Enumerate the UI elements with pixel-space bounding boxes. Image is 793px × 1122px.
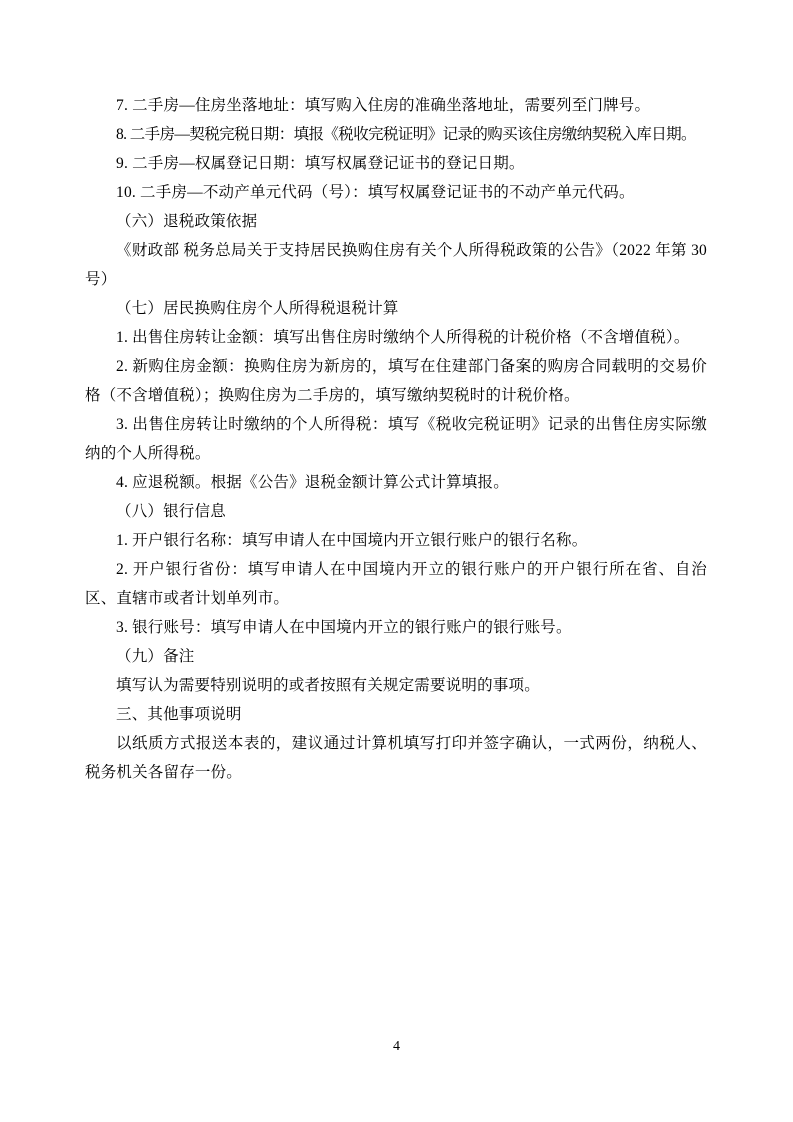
- doc-paragraph-income-tax-paid: 3. 出售住房转让时缴纳的个人所得税：填写《税收完税证明》记录的出售住房实际缴纳…: [85, 410, 707, 468]
- doc-paragraph-registration-date: 9. 二手房—权属登记日期：填写权属登记证书的登记日期。: [85, 149, 707, 178]
- page-number: 4: [0, 1038, 793, 1056]
- doc-paragraph-announcement-reference: 《财政部 税务总局关于支持居民换购住房有关个人所得税政策的公告》（2022 年第…: [85, 236, 707, 294]
- document-page: 7. 二手房—住房坐落地址：填写购入住房的准确坐落地址，需要列至门牌号。 8. …: [0, 0, 793, 1122]
- doc-paragraph-bank-account: 3. 银行账号：填写申请人在中国境内开立的银行账户的银行账号。: [85, 613, 707, 642]
- doc-paragraph-bank-name: 1. 开户银行名称：填写申请人在中国境内开立银行账户的银行名称。: [85, 526, 707, 555]
- doc-heading-section-7-refund-calculation: （七）居民换购住房个人所得税退税计算: [85, 294, 707, 323]
- doc-paragraph-paper-submission-note: 以纸质方式报送本表的，建议通过计算机填写打印并签字确认，一式两份，纳税人、税务机…: [85, 729, 707, 787]
- doc-paragraph-new-purchase-amount: 2. 新购住房金额：换购住房为新房的，填写在住建部门备案的购房合同载明的交易价格…: [85, 352, 707, 410]
- doc-paragraph-remarks-note: 填写认为需要特别说明的或者按照有关规定需要说明的事项。: [85, 671, 707, 700]
- doc-heading-other-matters: 三、其他事项说明: [85, 700, 707, 729]
- doc-paragraph-deed-tax-date: 8. 二手房—契税完税日期：填报《税收完税证明》记录的购买该住房缴纳契税入库日期…: [85, 120, 707, 149]
- doc-paragraph-refundable-tax: 4. 应退税额。根据《公告》退税金额计算公式计算填报。: [85, 468, 707, 497]
- doc-paragraph-realestate-unit-code: 10. 二手房—不动产单元代码（号）：填写权属登记证书的不动产单元代码。: [85, 178, 707, 207]
- doc-heading-section-9-remarks: （九）备注: [85, 642, 707, 671]
- doc-heading-section-6-policy-basis: （六）退税政策依据: [85, 207, 707, 236]
- doc-paragraph-bank-province: 2. 开户银行省份：填写申请人在中国境内开立的银行账户的开户银行所在省、自治区、…: [85, 555, 707, 613]
- doc-heading-section-8-bank-info: （八）银行信息: [85, 497, 707, 526]
- document-body: 7. 二手房—住房坐落地址：填写购入住房的准确坐落地址，需要列至门牌号。 8. …: [85, 91, 707, 787]
- doc-paragraph-sale-transfer-amount: 1. 出售住房转让金额：填写出售住房时缴纳个人所得税的计税价格（不含增值税）。: [85, 323, 707, 352]
- doc-paragraph-secondhand-address: 7. 二手房—住房坐落地址：填写购入住房的准确坐落地址，需要列至门牌号。: [85, 91, 707, 120]
